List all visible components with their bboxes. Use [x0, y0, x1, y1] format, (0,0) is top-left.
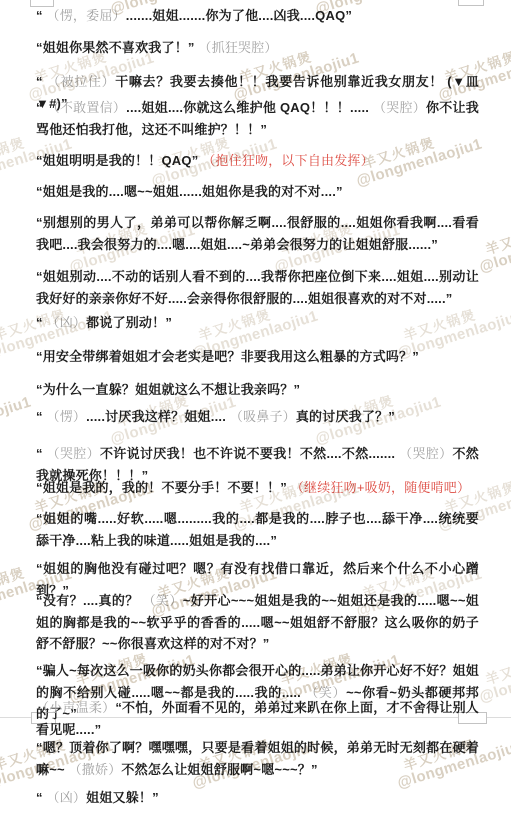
- script-paragraph: “没有？....真的？ （笑）~好开心~~~姐姐是我的~~姐姐还是我的.....…: [36, 590, 479, 655]
- dialogue-text: “用安全带绑着姐姐才会老实是吧？非要我用这么粗暴的方式吗？”: [36, 349, 419, 364]
- stage-direction: （愣）: [47, 409, 87, 424]
- stage-direction: （凶）: [47, 315, 87, 330]
- stage-direction: （小声温柔）: [36, 700, 115, 715]
- script-paragraph: “ （不敢置信）....姐姐....你就这么维护他 QAQ！！！..... （哭…: [36, 97, 479, 140]
- stage-direction: （哭腔）: [47, 446, 100, 461]
- script-paragraph: “姐姐明明是我的！！QAQ” （抱住狂吻，以下自由发挥）: [36, 150, 479, 172]
- script-paragraph: “ （凶）都说了别动！”: [36, 312, 479, 334]
- dialogue-text: 真的讨厌我了？”: [296, 409, 395, 424]
- script-paragraph: “嗯？顶着你了啊？嘿嘿嘿，只要是看着姐姐的时候，弟弟无时无刻都在硬着嘛~~ （撒…: [36, 737, 479, 780]
- stage-direction: （笑）: [143, 593, 183, 608]
- dialogue-text: “: [36, 446, 47, 461]
- stage-direction: （哭腔）: [399, 446, 452, 461]
- script-paragraph: “为什么一直躲？姐姐就这么不想让我亲吗？”: [36, 379, 479, 401]
- dialogue-text: “姐姐明明是我的！！QAQ”: [36, 153, 202, 168]
- script-paragraph: “姐姐是我的....嗯~~姐姐......姐姐你是我的对不对....”: [36, 181, 479, 203]
- script-paragraph: “ （愣，委屈）.......姐姐.......你为了他....凶我....QA…: [36, 5, 479, 27]
- script-paragraph: （小声温柔）“不怕，外面看不见的，弟弟过来趴在你上面，才不舍得让别人看见呢...…: [36, 697, 479, 740]
- dialogue-text: “没有？....真的？: [36, 593, 143, 608]
- dialogue-text: “为什么一直躲？姐姐就这么不想让我亲吗？”: [36, 382, 300, 397]
- script-paragraph: “ （凶）姐姐又躲！”: [36, 787, 479, 809]
- stage-direction: （哭腔）: [373, 100, 426, 115]
- stage-direction: （被拉住）: [47, 74, 115, 89]
- dialogue-text: 不然怎么让姐姐舒服啊~嗯~~~？”: [121, 762, 317, 777]
- page-content: “ （愣，委屈）.......姐姐.......你为了他....凶我....QA…: [0, 0, 511, 813]
- dialogue-text: “姐姐别动....不动的话别人看不到的....我帮你把座位倒下来....姐姐..…: [36, 269, 479, 306]
- dialogue-text: “: [36, 74, 47, 89]
- dialogue-text: “姐姐的嘴.....好软.....嗯.........我的....都是我的...…: [36, 511, 479, 548]
- dialogue-text: “别想别的男人了，弟弟可以帮你解乏啊....很舒服的....姐姐你看我啊....…: [36, 215, 479, 252]
- stage-direction: （抓狂哭腔）: [198, 40, 277, 55]
- script-paragraph: “姐姐别动....不动的话别人看不到的....我帮你把座位倒下来....姐姐..…: [36, 266, 479, 309]
- dialogue-text: “: [36, 315, 47, 330]
- script-paragraph: “别想别的男人了，弟弟可以帮你解乏啊....很舒服的....姐姐你看我啊....…: [36, 212, 479, 255]
- action-note: （继续狂吻+吸奶，随便啃吧）: [291, 480, 470, 495]
- dialogue-text: 不许说讨厌我！也不许说不要我！不然....不然.......: [100, 446, 399, 461]
- stage-direction: （吸鼻子）: [230, 409, 296, 424]
- script-paragraph: “ （愣）.....讨厌我这样？姐姐.... （吸鼻子）真的讨厌我了？”: [36, 406, 479, 428]
- script-paragraph: “姐姐的嘴.....好软.....嗯.........我的....都是我的...…: [36, 508, 479, 551]
- dialogue-text: “: [36, 790, 47, 805]
- action-note: （抱住狂吻，以下自由发挥）: [202, 153, 374, 168]
- stage-direction: （凶）: [47, 790, 87, 805]
- dialogue-text: “: [36, 100, 47, 115]
- document-viewport[interactable]: “ （愣，委屈）.......姐姐.......你为了他....凶我....QA…: [0, 0, 511, 813]
- script-paragraph: “姐姐你果然不喜欢我了！” （抓狂哭腔）: [36, 37, 479, 59]
- dialogue-text: .......姐姐.......你为了他....凶我....QAQ”: [126, 8, 352, 23]
- dialogue-text: 都说了别动！”: [86, 315, 172, 330]
- dialogue-text: .....讨厌我这样？姐姐....: [86, 409, 230, 424]
- stage-direction: （不敢置信）: [47, 100, 127, 115]
- dialogue-text: 姐姐又躲！”: [86, 790, 159, 805]
- dialogue-text: “姐姐你果然不喜欢我了！”: [36, 40, 198, 55]
- script-paragraph: “用安全带绑着姐姐才会老实是吧？非要我用这么粗暴的方式吗？”: [36, 346, 479, 368]
- dialogue-text: “姐姐是我的....嗯~~姐姐......姐姐你是我的对不对....”: [36, 184, 343, 199]
- stage-direction: （撒娇）: [69, 762, 122, 777]
- script-paragraph: “姐姐是我的，我的！不要分手！不要！！” （继续狂吻+吸奶，随便啃吧）: [36, 477, 479, 499]
- dialogue-text: “姐姐是我的，我的！不要分手！不要！！”: [36, 480, 291, 495]
- dialogue-text: “: [36, 8, 47, 23]
- stage-direction: （愣，委屈）: [47, 8, 126, 23]
- dialogue-text: ....姐姐....你就这么维护他 QAQ！！！.....: [126, 100, 373, 115]
- dialogue-text: “: [36, 409, 47, 424]
